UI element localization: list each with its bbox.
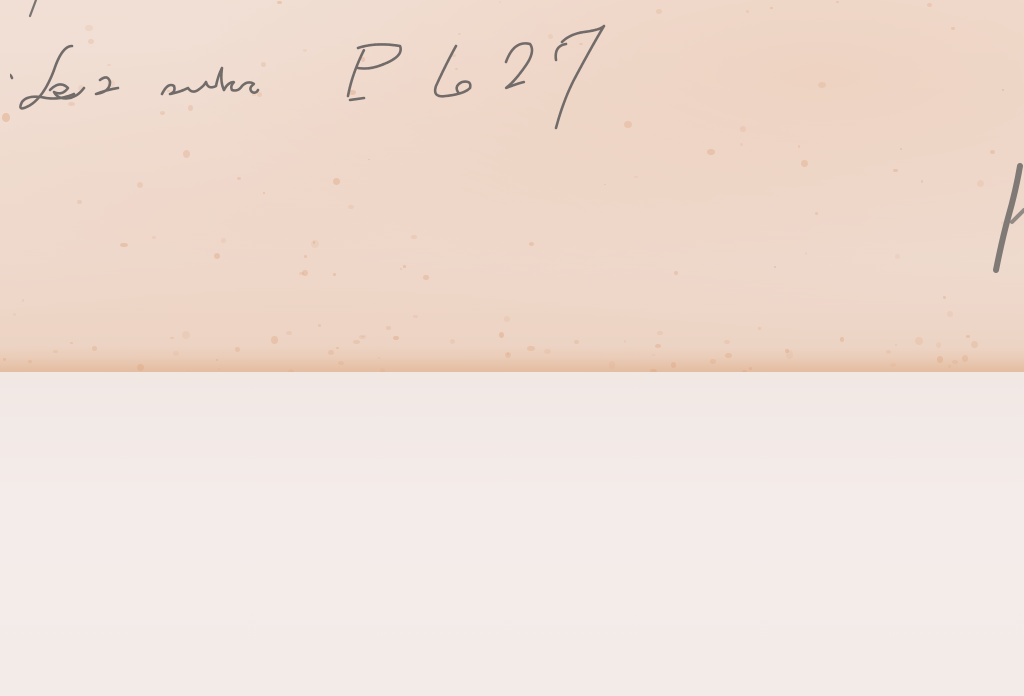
pencil-stroke-fragment [22,0,52,18]
lower-paper-sheet [0,372,1024,696]
margin-pencil-mark: K [990,160,1024,275]
handwriting-strokes [10,18,650,138]
pencil-inscription: Les ruks PL 27 [10,18,650,138]
paper-edge-stain [0,346,1024,372]
upper-paper-sheet: Les ruks PL 27 [0,0,1024,372]
